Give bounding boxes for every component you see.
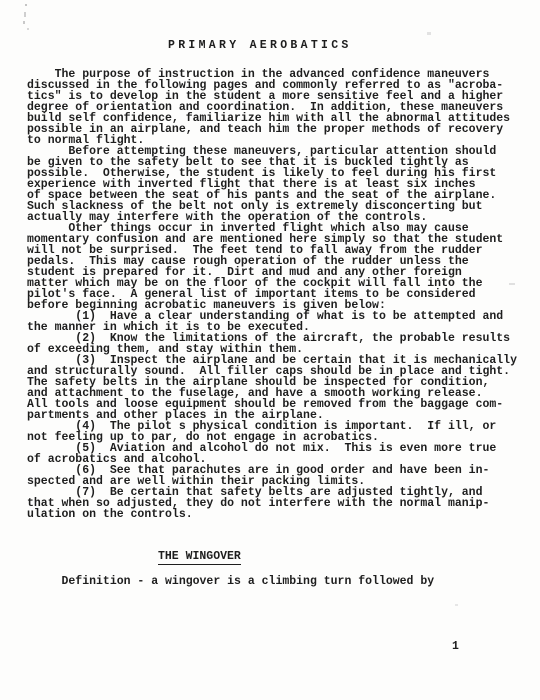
page-title: PRIMARY AEROBATICS <box>168 40 352 51</box>
section-heading-wingover: THE WINGOVER <box>158 551 241 565</box>
scan-artifact <box>23 21 25 24</box>
scan-artifact <box>427 32 431 35</box>
page-number: 1 <box>452 641 459 652</box>
scan-artifact <box>27 28 29 30</box>
wingover-definition-line: Definition - a wingover is a climbing tu… <box>27 576 434 587</box>
scan-artifact <box>455 604 458 606</box>
document-body-text: The purpose of instruction in the advanc… <box>27 69 517 520</box>
scanned-document-page: PRIMARY AEROBATICS The purpose of instru… <box>0 0 540 700</box>
scan-artifact <box>25 4 27 6</box>
scan-artifact <box>24 12 26 17</box>
